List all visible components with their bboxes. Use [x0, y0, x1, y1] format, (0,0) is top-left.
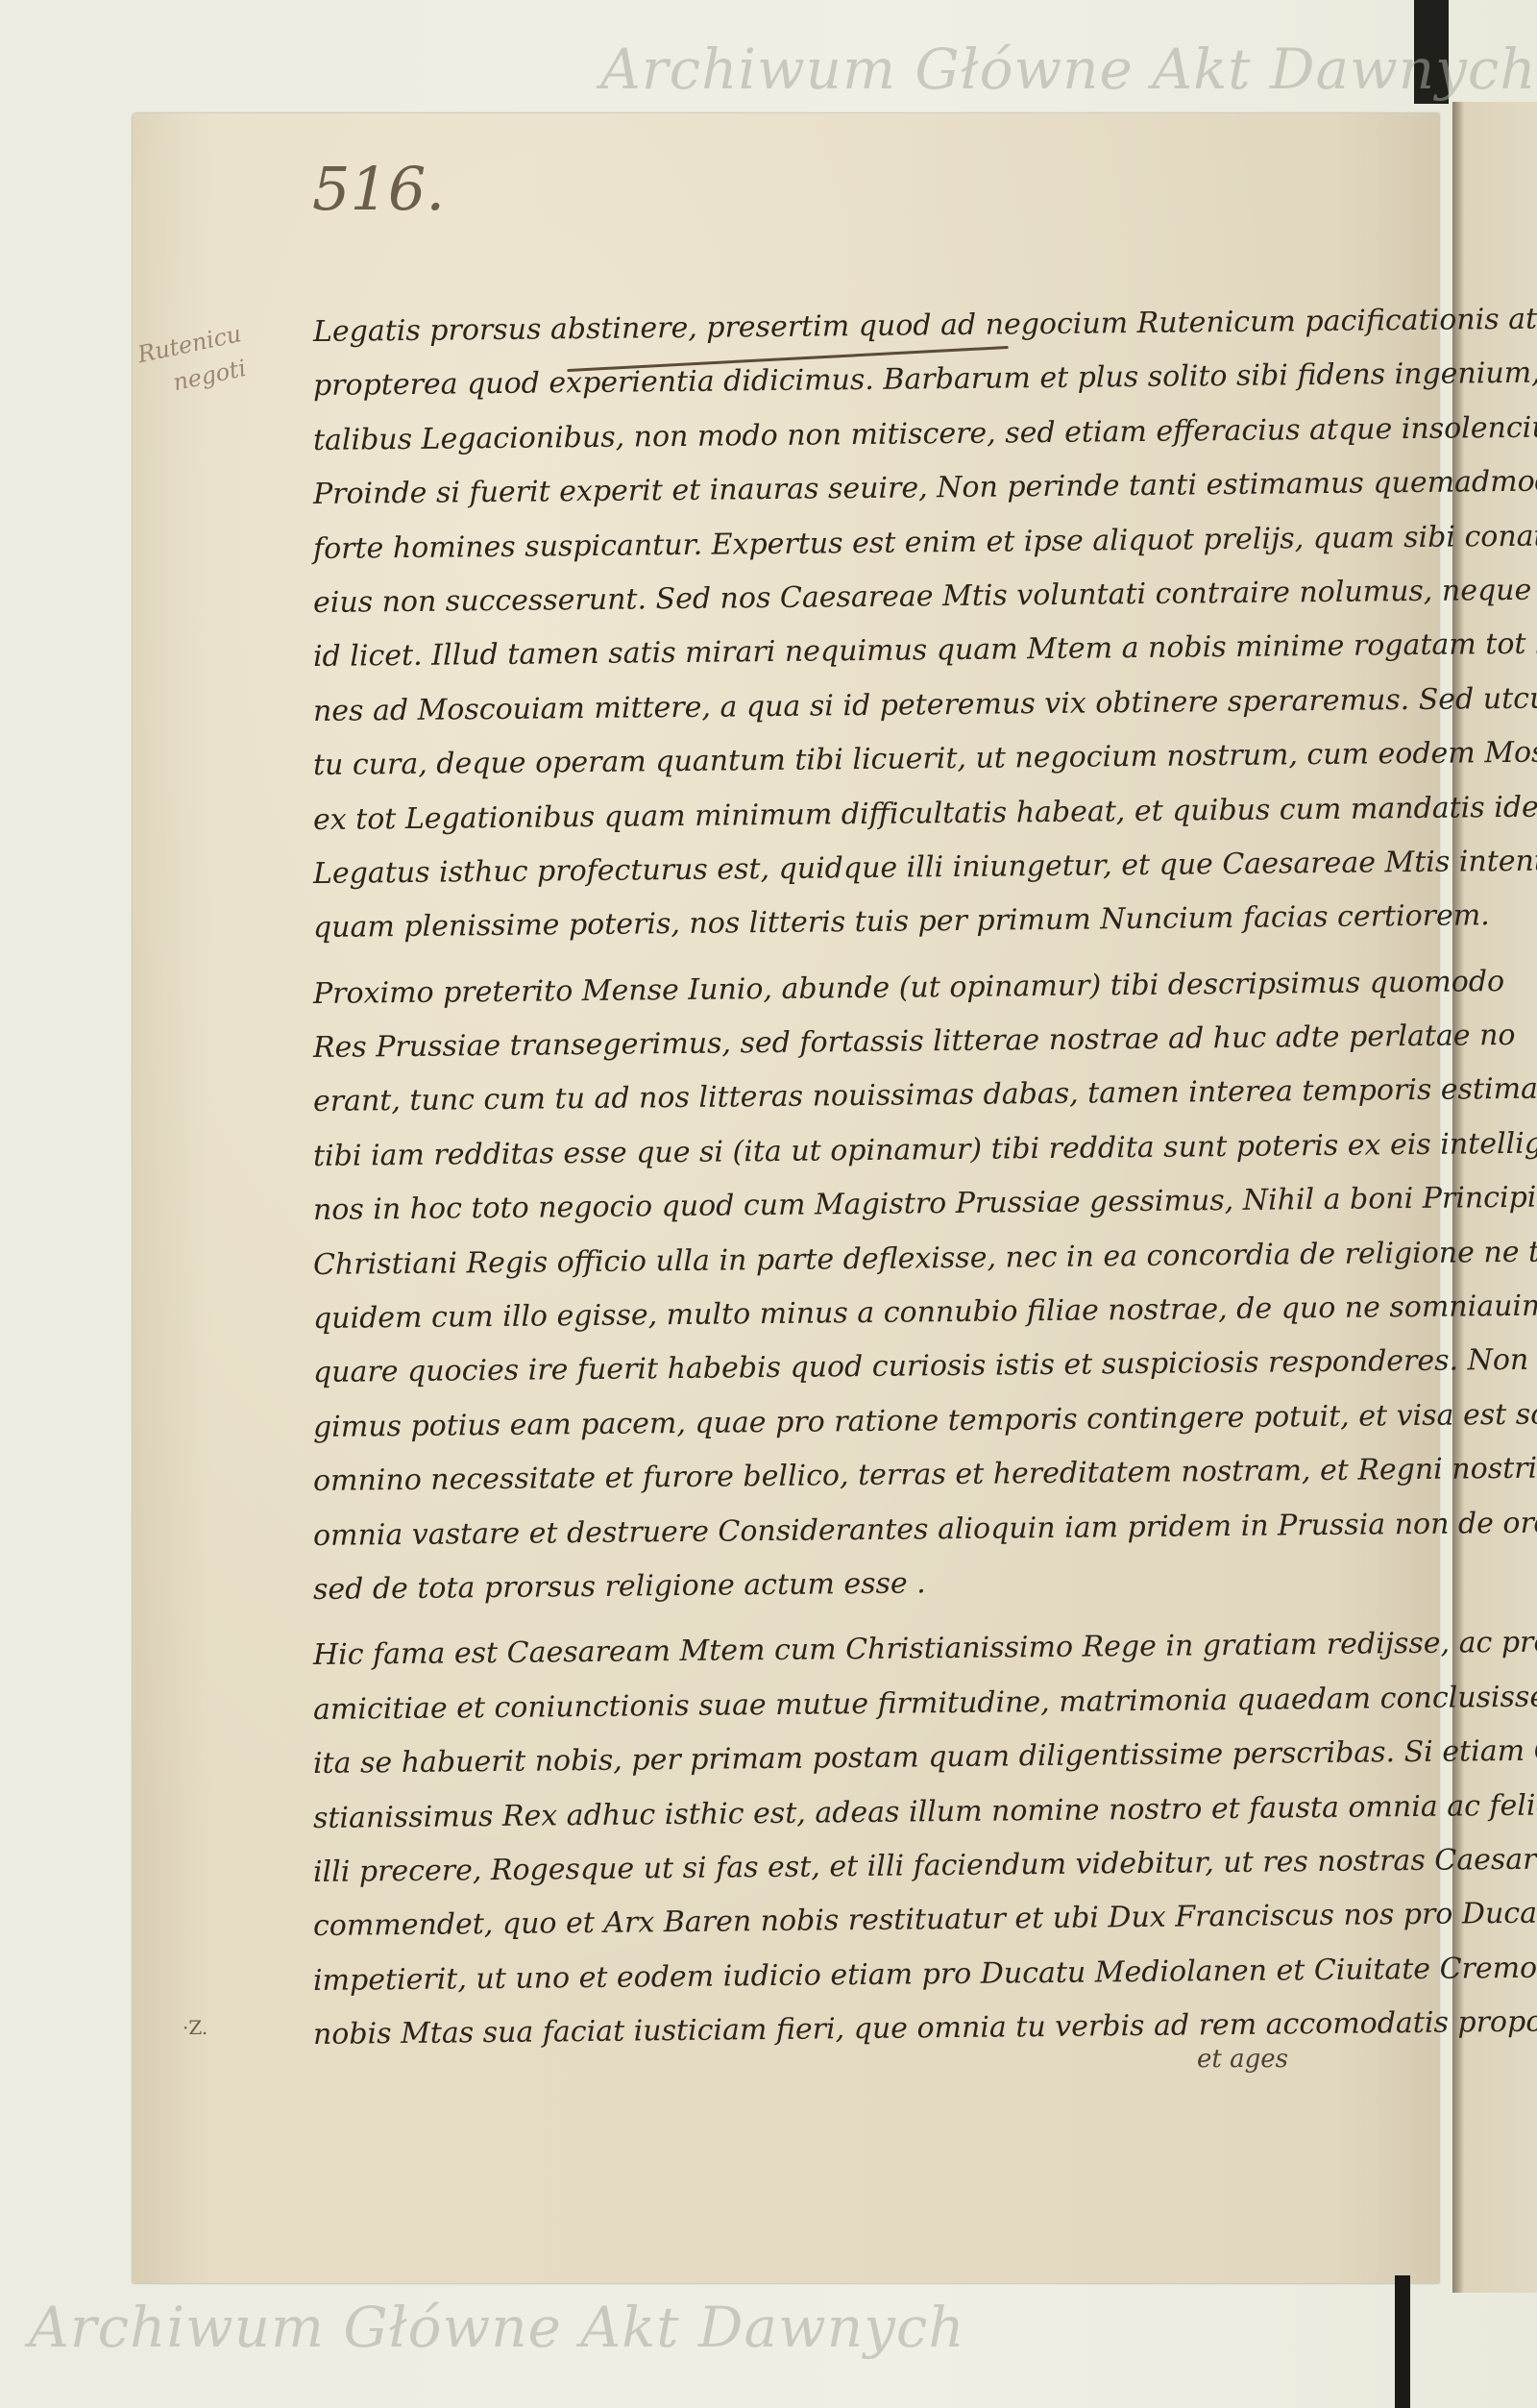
text-line: sed de tota prorsus religione actum esse…	[313, 1552, 1428, 1618]
margin-mark: ·Z.	[183, 2016, 207, 2039]
catchword: et ages	[1197, 2045, 1288, 2074]
text-line: quam plenissime poteris, nos litteris tu…	[313, 890, 1428, 956]
binding-clip-bottom	[1395, 2275, 1410, 2408]
manuscript-text: Legatis prorsus abstinere, presertim quo…	[313, 306, 1427, 2063]
archive-watermark-top: Archiwum Główne Akt Dawnych	[600, 37, 1537, 102]
archive-watermark-bottom: Archiwum Główne Akt Dawnych	[29, 2295, 965, 2360]
folio-number: 516.	[312, 154, 445, 224]
